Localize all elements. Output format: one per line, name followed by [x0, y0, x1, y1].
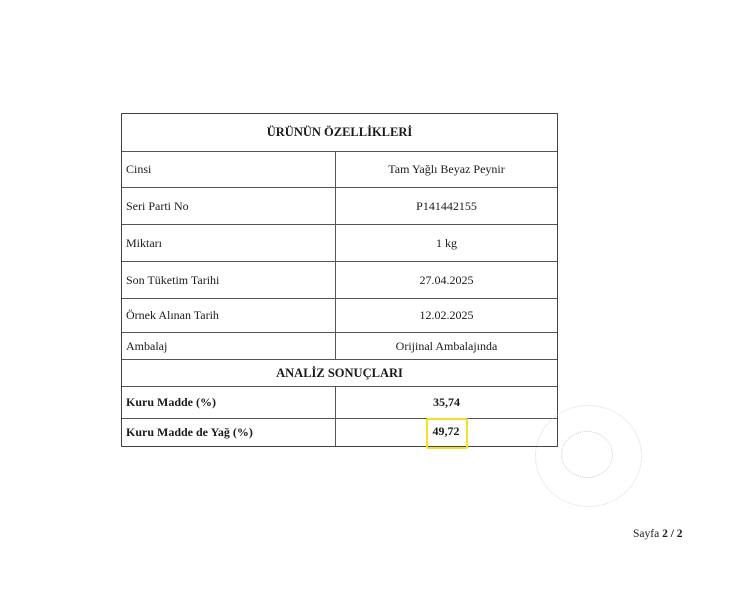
row-value: 27.04.2025	[336, 262, 557, 298]
table-row: Miktarı 1 kg	[122, 224, 557, 261]
row-label: Kuru Madde (%)	[122, 387, 336, 418]
row-label: Cinsi	[122, 152, 336, 187]
official-seal-stamp	[535, 405, 642, 507]
analysis-header: ANALİZ SONUÇLARI	[122, 359, 557, 386]
seal-inner-ring	[561, 431, 613, 478]
table-row: Örnek Alınan Tarih 12.02.2025	[122, 298, 557, 332]
analysis-title: ANALİZ SONUÇLARI	[276, 366, 403, 381]
row-value: 49,72	[336, 419, 557, 446]
table-row: Kuru Madde (%) 35,74	[122, 386, 557, 418]
properties-title: ÜRÜNÜN ÖZELLİKLERİ	[267, 125, 413, 140]
table-row: Cinsi Tam Yağlı Beyaz Peynir	[122, 151, 557, 187]
properties-header: ÜRÜNÜN ÖZELLİKLERİ	[122, 114, 557, 151]
row-label: Seri Parti No	[122, 188, 336, 224]
table-row: Kuru Madde de Yağ (%) 49,72	[122, 418, 557, 446]
page-number: Sayfa 2 / 2	[633, 528, 683, 540]
table-row: Son Tüketim Tarihi 27.04.2025	[122, 261, 557, 298]
page-prefix: Sayfa	[633, 528, 659, 540]
row-label: Miktarı	[122, 225, 336, 261]
row-value: 35,74	[336, 387, 557, 418]
row-value: Orijinal Ambalajında	[336, 333, 557, 359]
table-row: Ambalaj Orijinal Ambalajında	[122, 332, 557, 359]
row-label: Son Tüketim Tarihi	[122, 262, 336, 298]
row-label: Kuru Madde de Yağ (%)	[122, 419, 336, 446]
row-value: 1 kg	[336, 225, 557, 261]
row-label: Ambalaj	[122, 333, 336, 359]
row-value: Tam Yağlı Beyaz Peynir	[336, 152, 557, 187]
highlighted-value: 49,72	[426, 418, 468, 449]
row-value: P141442155	[336, 188, 557, 224]
row-label: Örnek Alınan Tarih	[122, 299, 336, 332]
product-properties-table: ÜRÜNÜN ÖZELLİKLERİ Cinsi Tam Yağlı Beyaz…	[121, 113, 558, 447]
row-value: 12.02.2025	[336, 299, 557, 332]
table-row: Seri Parti No P141442155	[122, 187, 557, 224]
page-count: 2 / 2	[662, 528, 682, 540]
